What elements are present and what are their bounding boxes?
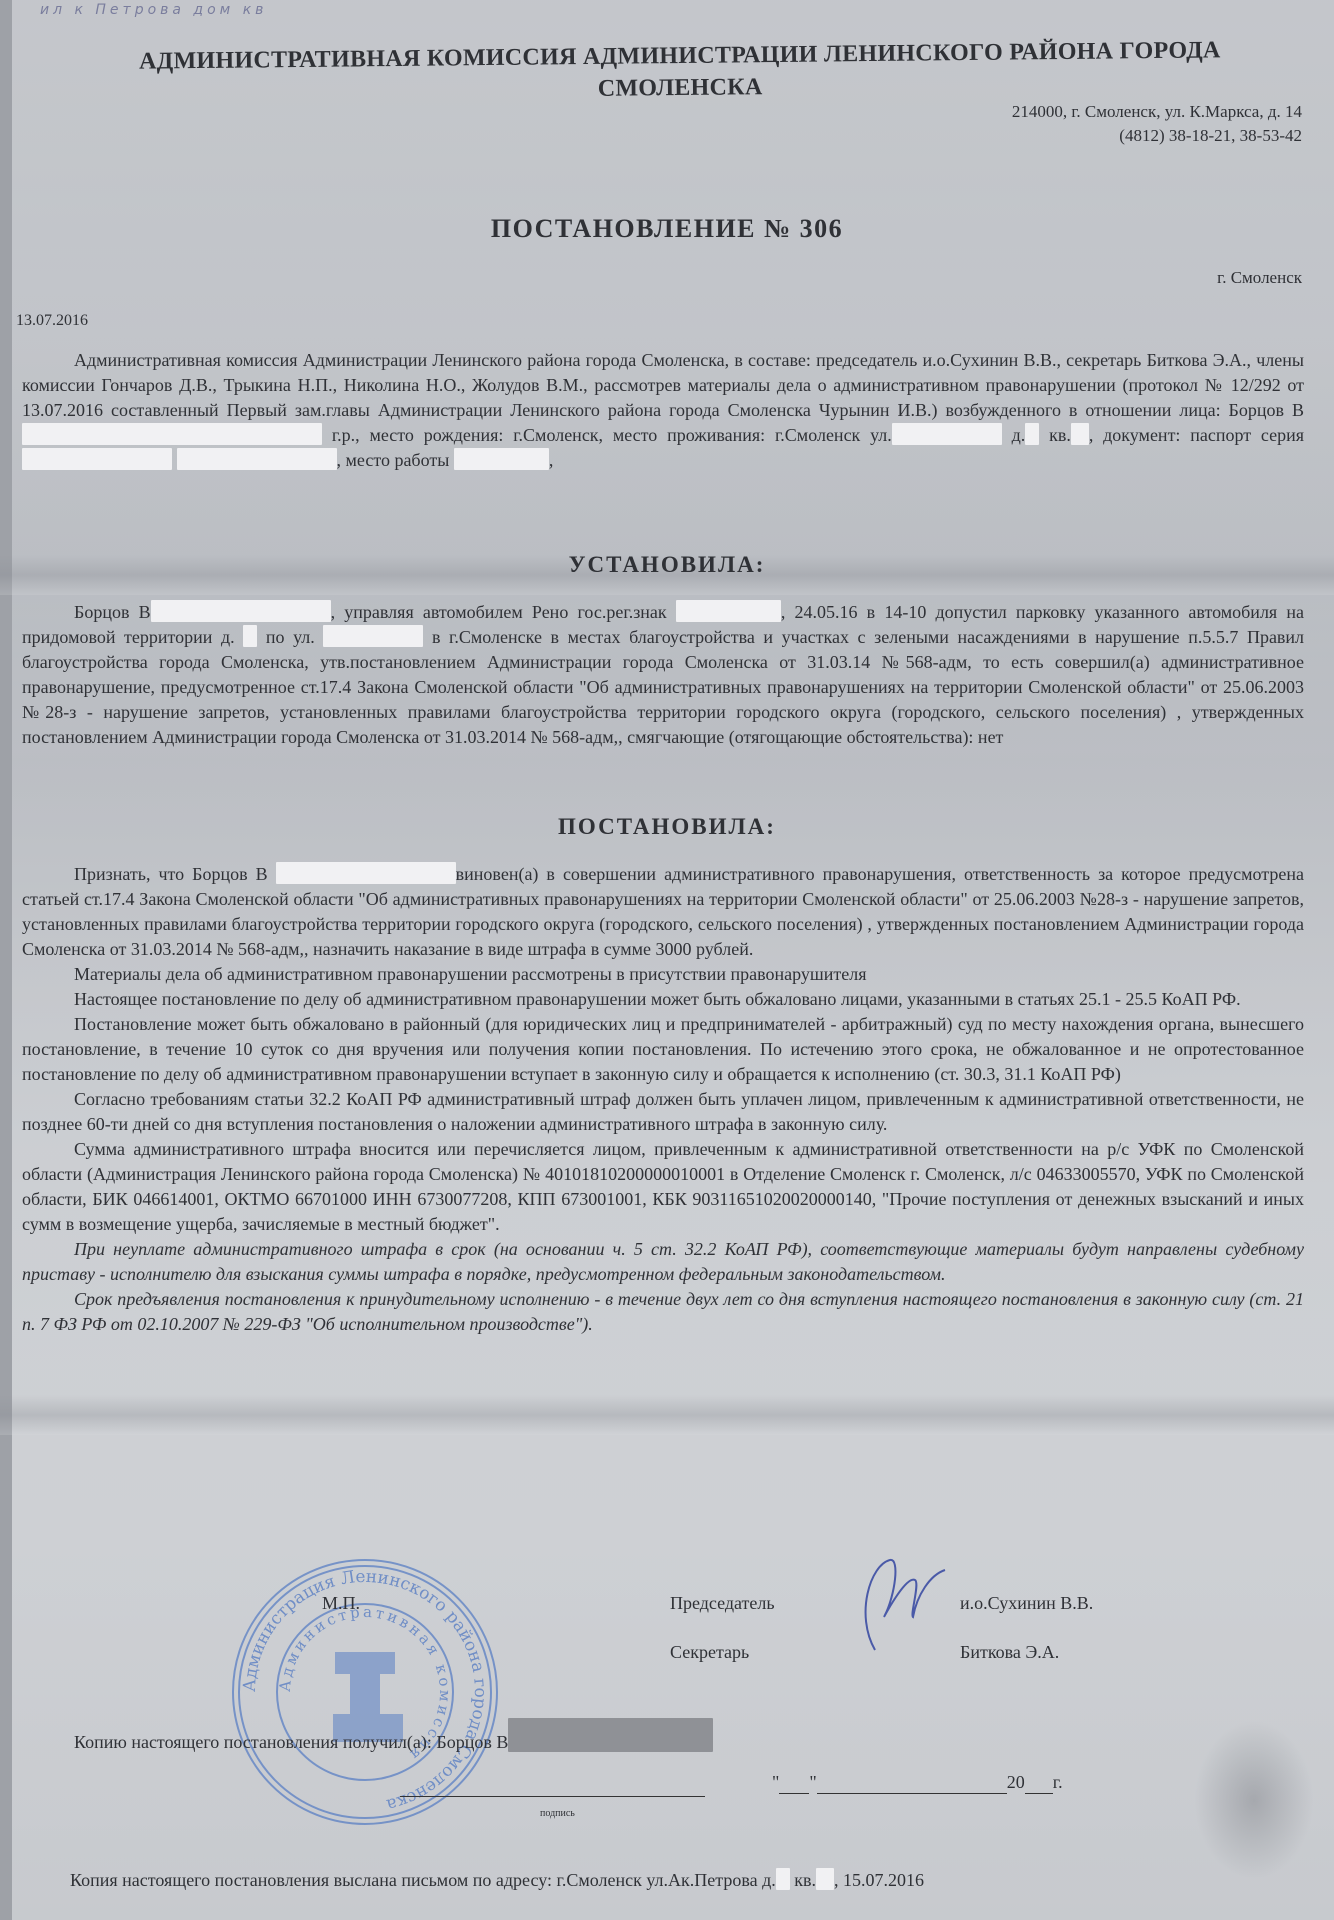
- handwritten-note: ил к Петрова дом кв: [40, 2, 267, 18]
- redacted-name: [22, 423, 322, 445]
- mailed-apt-label: кв.: [794, 1870, 816, 1890]
- resolved-text: Признать, что Борцов В: [74, 864, 268, 884]
- mailed-text: Копия настоящего постановления выслана п…: [70, 1870, 776, 1890]
- redacted-workplace: [454, 448, 549, 470]
- org-address: 214000, г. Смоленск, ул. К.Маркса, д. 14: [1012, 100, 1302, 124]
- redacted-passport-cont: [177, 448, 337, 470]
- year-suffix: г.: [1053, 1772, 1063, 1792]
- year-prefix: 20: [1007, 1772, 1025, 1792]
- intro-text: , место работы: [337, 450, 450, 470]
- redacted-apartment: [816, 1868, 834, 1890]
- established-paragraph: Борцов В, управляя автомобилем Рено гос.…: [22, 600, 1304, 750]
- quote: ": [809, 1772, 816, 1792]
- resolution-enforcement-term: Срок предъявления постановления к принуд…: [22, 1287, 1304, 1337]
- intro-text: Административная комиссия Администрации …: [22, 350, 1304, 420]
- receipt-label: Копию настоящего постановления получил(а…: [74, 1732, 508, 1752]
- redacted-house: [243, 625, 257, 647]
- redacted-house: [776, 1868, 790, 1890]
- redacted-name: [508, 1718, 713, 1752]
- redacted-street: [323, 625, 423, 647]
- intro-text: кв.: [1049, 425, 1071, 445]
- resolution-presence: Материалы дела об административном право…: [22, 962, 1304, 987]
- seal-placeholder: М.П.: [322, 1593, 360, 1614]
- shadow: [1194, 1720, 1314, 1880]
- quote: ": [772, 1772, 779, 1792]
- month-line: [817, 1772, 1007, 1794]
- mailed-date: , 15.07.2016: [834, 1870, 924, 1890]
- established-text: Борцов В: [74, 602, 151, 622]
- mailed-notice: Копия настоящего постановления выслана п…: [70, 1868, 924, 1891]
- chair-label: Председатель: [670, 1593, 775, 1614]
- secretary-name: Биткова Э.А.: [960, 1642, 1059, 1663]
- organization-header: АДМИНИСТРАТИВНАЯ КОМИССИЯ АДМИНИСТРАЦИИ …: [60, 34, 1301, 111]
- redacted-apartment: [1071, 423, 1089, 445]
- receipt-line: Копию настоящего постановления получил(а…: [74, 1718, 713, 1753]
- document-city: г. Смоленск: [1217, 268, 1302, 288]
- page-edge: [0, 0, 12, 1920]
- redacted-plate: [676, 600, 781, 622]
- paper-fold: [0, 1395, 1334, 1435]
- signature-caption: подпись: [540, 1808, 575, 1819]
- org-contacts: 214000, г. Смоленск, ул. К.Маркса, д. 14…: [1012, 100, 1302, 148]
- resolved-paragraphs: Признать, что Борцов В виновен(а) в сове…: [22, 862, 1304, 1337]
- document-date: 13.07.2016: [16, 312, 88, 330]
- day-line: [779, 1772, 809, 1794]
- chair-name: и.о.Сухинин В.В.: [960, 1593, 1093, 1614]
- redacted-street: [892, 423, 1002, 445]
- intro-text: ,: [549, 450, 554, 470]
- resolution-payment-deadline: Согласно требованиям статьи 32.2 КоАП РФ…: [22, 1087, 1304, 1137]
- redacted-passport: [22, 448, 172, 470]
- redacted-name: [151, 600, 331, 622]
- document-title: ПОСТАНОВЛЕНИЕ № 306: [0, 214, 1334, 244]
- secretary-label: Секретарь: [670, 1642, 749, 1663]
- intro-text: г.р., место рождения: г.Смоленск, место …: [332, 425, 892, 445]
- year-line: [1025, 1772, 1053, 1794]
- signature-icon: [835, 1555, 955, 1655]
- intro-text: , документ: паспорт серия: [1089, 425, 1304, 445]
- resolution-guilty: Признать, что Борцов В виновен(а) в сове…: [22, 862, 1304, 962]
- section-resolved-heading: ПОСТАНОВИЛА:: [0, 814, 1334, 840]
- redacted-house: [1025, 423, 1039, 445]
- resolution-appeal-persons: Настоящее постановление по делу об админ…: [22, 987, 1304, 1012]
- redacted-name: [276, 862, 456, 884]
- intro-paragraph: Административная комиссия Администрации …: [22, 348, 1304, 473]
- receipt-signature-field: [400, 1775, 705, 1797]
- established-text: , управляя автомобилем Рено гос.рег.знак: [331, 602, 667, 622]
- org-phones: (4812) 38-18-21, 38-53-42: [1012, 124, 1302, 148]
- section-established-heading: УСТАНОВИЛА:: [0, 552, 1334, 578]
- resolution-appeal-court: Постановление может быть обжаловано в ра…: [22, 1012, 1304, 1087]
- signature-line: [400, 1775, 705, 1797]
- receipt-date-field: " " 20 г.: [772, 1772, 1063, 1794]
- resolution-nonpayment: При неуплате административного штрафа в …: [22, 1237, 1304, 1287]
- resolution-payment-details: Сумма административного штрафа вносится …: [22, 1137, 1304, 1237]
- intro-text: д.: [1012, 425, 1026, 445]
- established-text: по ул.: [266, 627, 315, 647]
